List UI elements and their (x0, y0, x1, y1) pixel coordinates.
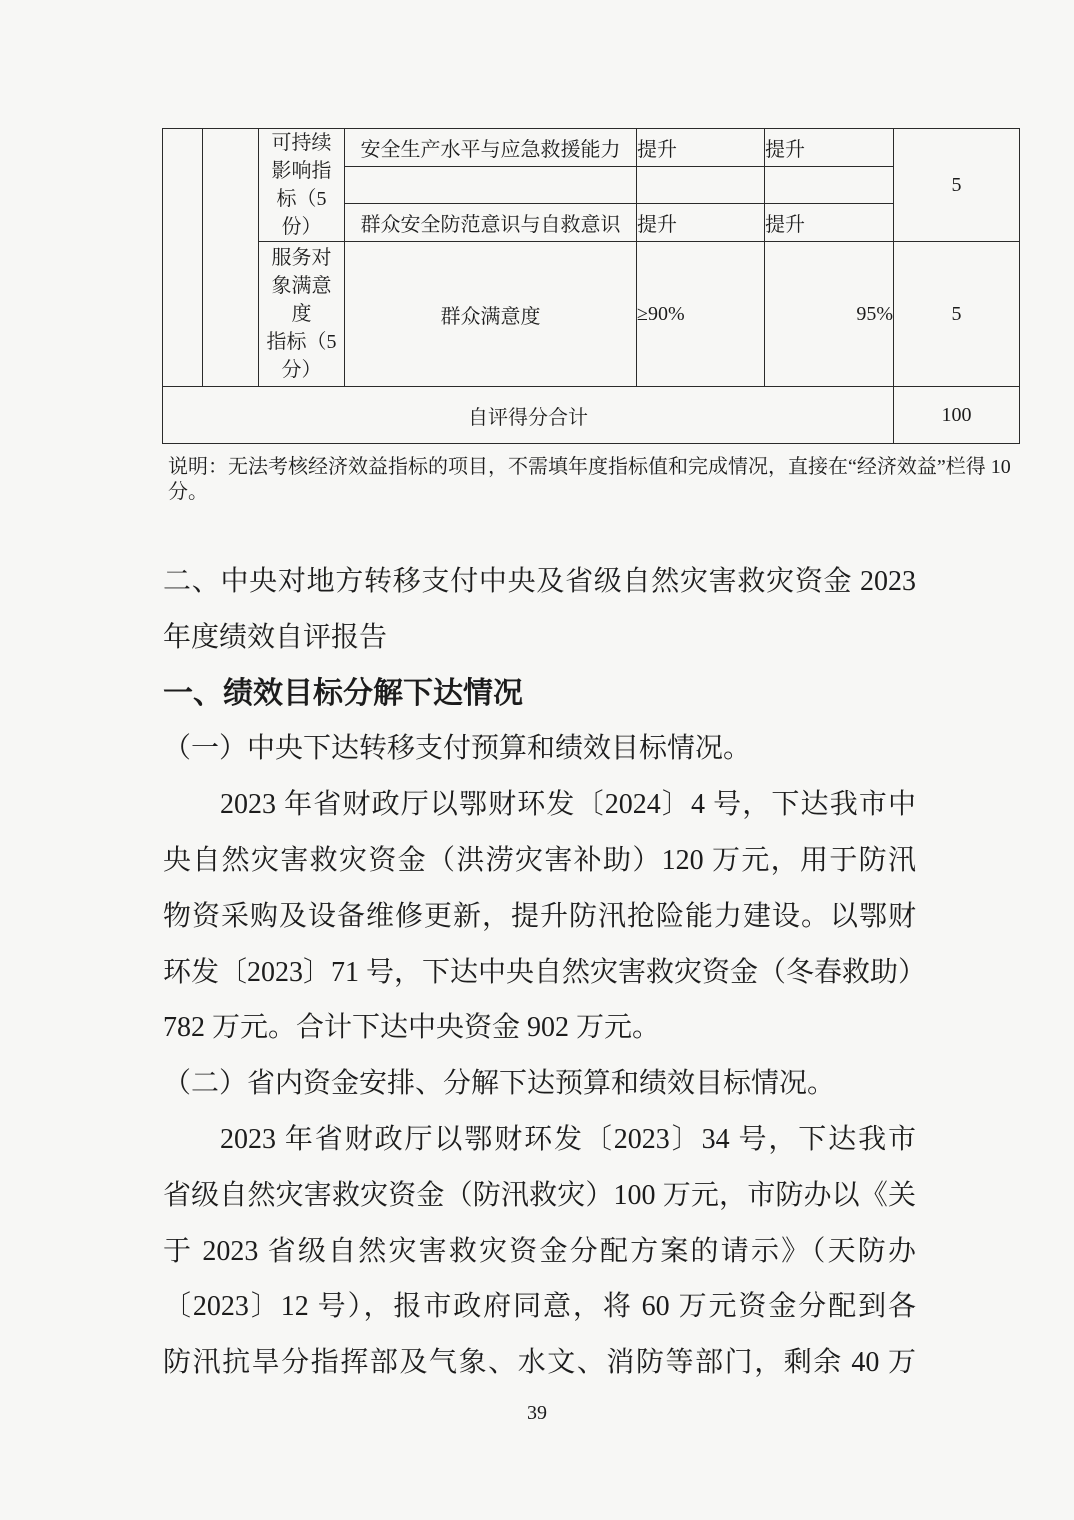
chapter-heading: 一、绩效目标分解下达情况 (163, 666, 916, 722)
paragraph-line: 2023 年省财政厅以鄂财环发〔2024〕4 号，下达我市中 (163, 777, 916, 833)
table-note: 说明：无法考核经济效益指标的项目，不需填年度指标值和完成情况，直接在“经济效益”… (168, 455, 1020, 505)
target-value-cell: ≥90% (637, 242, 765, 387)
target-value-cell: 提升 (637, 129, 765, 167)
table-row: 可持续 影响指 标（5 份） 安全生产水平与应急救援能力 提升 提升 5 (163, 129, 1020, 167)
score-cell-sustainability: 5 (894, 129, 1020, 242)
document-page: 可持续 影响指 标（5 份） 安全生产水平与应急救援能力 提升 提升 5 群众安… (0, 0, 1074, 1520)
score-cell-satisfaction: 5 (894, 242, 1020, 387)
target-value-cell: 提升 (637, 204, 765, 242)
actual-value-cell (765, 167, 894, 204)
indicator-name-cell: 安全生产水平与应急救援能力 (345, 129, 637, 167)
total-score-cell: 100 (894, 387, 1020, 444)
continuation-cell-2 (203, 129, 259, 387)
indicator-name-cell (345, 167, 637, 204)
paragraph-line: 2023 年省财政厅以鄂财环发〔2023〕34 号，下达我市 (163, 1112, 916, 1168)
paragraph-line: 央自然灾害救灾资金（洪涝灾害补助）120 万元，用于防汛 (163, 833, 916, 889)
category-cell-satisfaction: 服务对 象满意 度 指标（5 分） (259, 242, 345, 387)
actual-value-cell: 提升 (765, 129, 894, 167)
document-body: 二、中央对地方转移支付中央及省级自然灾害救灾资金 2023 年度绩效自评报告 一… (163, 554, 916, 1391)
target-value-cell (637, 167, 765, 204)
indicator-name-cell: 群众安全防范意识与自救意识 (345, 204, 637, 242)
section-title-line-1: 二、中央对地方转移支付中央及省级自然灾害救灾资金 2023 (163, 554, 916, 610)
paragraph-line: 省级自然灾害救灾资金（防汛救灾）100 万元，市防办以《关 (163, 1168, 916, 1224)
actual-value-cell: 95% (765, 242, 894, 387)
table-total-row: 自评得分合计 100 (163, 387, 1020, 444)
paragraph-line: 于 2023 省级自然灾害救灾资金分配方案的请示》（天防办 (163, 1224, 916, 1280)
subsection-heading-1: （一）中央下达转移支付预算和绩效目标情况。 (163, 721, 916, 777)
total-label-cell: 自评得分合计 (163, 387, 894, 444)
page-number: 39 (0, 1402, 1074, 1425)
paragraph-line: 〔2023〕12 号），报市政府同意，将 60 万元资金分配到各 (163, 1279, 916, 1335)
actual-value-cell: 提升 (765, 204, 894, 242)
indicator-name-cell: 群众满意度 (345, 242, 637, 387)
paragraph-line: 物资采购及设备维修更新，提升防汛抢险能力建设。以鄂财 (163, 889, 916, 945)
paragraph-line: 环发〔2023〕71 号，下达中央自然灾害救灾资金（冬春救助） (163, 945, 916, 1001)
continuation-cell-1 (163, 129, 203, 387)
score-table: 可持续 影响指 标（5 份） 安全生产水平与应急救援能力 提升 提升 5 群众安… (162, 128, 1020, 444)
section-title-line-2: 年度绩效自评报告 (163, 610, 916, 666)
category-cell-sustainability: 可持续 影响指 标（5 份） (259, 129, 345, 242)
table-row: 服务对 象满意 度 指标（5 分） 群众满意度 ≥90% 95% 5 (163, 242, 1020, 387)
paragraph-line: 防汛抗旱分指挥部及气象、水文、消防等部门，剩余 40 万 (163, 1335, 916, 1391)
paragraph-line: 782 万元。合计下达中央资金 902 万元。 (163, 1000, 916, 1056)
subsection-heading-2: （二）省内资金安排、分解下达预算和绩效目标情况。 (163, 1056, 916, 1112)
